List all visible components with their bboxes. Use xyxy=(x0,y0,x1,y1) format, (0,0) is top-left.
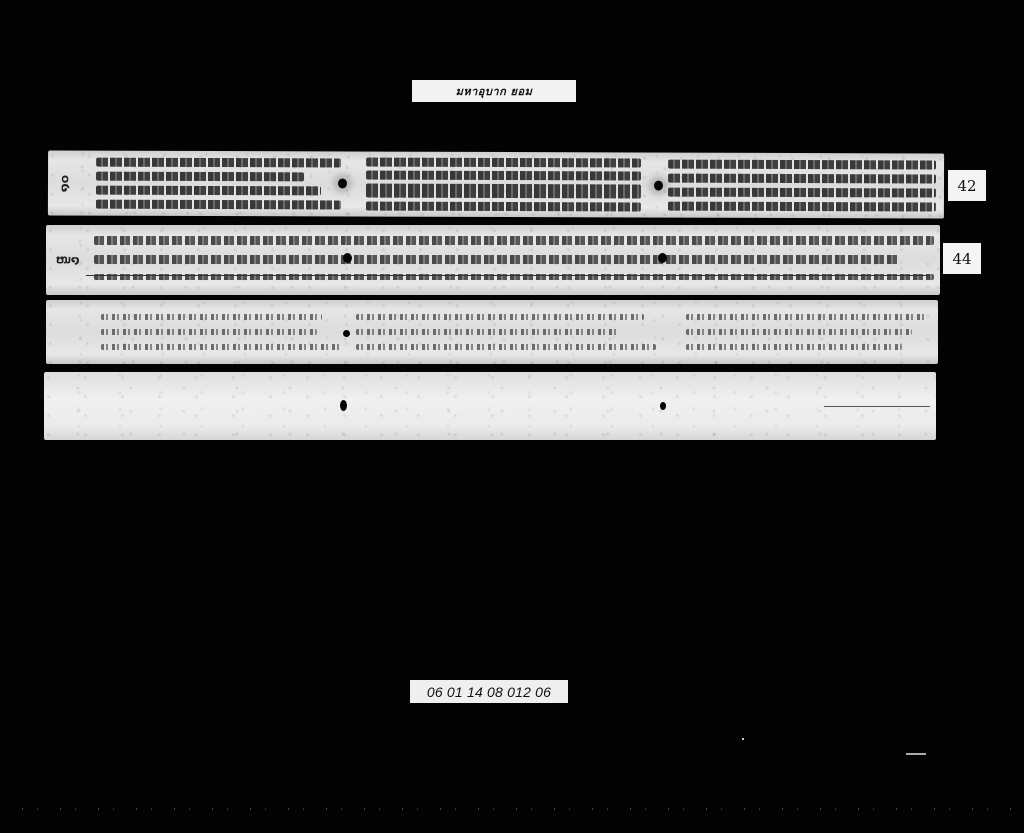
ruled-line xyxy=(86,275,930,276)
script-line xyxy=(356,314,644,320)
palm-leaf-1: ໑໐ xyxy=(48,150,944,218)
script-line xyxy=(94,236,934,245)
script-line xyxy=(96,171,304,181)
leaf-text-left xyxy=(101,310,341,354)
leaf-text xyxy=(94,231,934,285)
film-speck xyxy=(742,738,744,740)
palm-leaf-3 xyxy=(46,300,938,364)
script-line xyxy=(366,184,641,199)
binding-hole xyxy=(654,181,663,191)
binding-hole xyxy=(658,253,667,263)
reference-number-label: 06 01 14 08 012 06 xyxy=(410,680,568,703)
leaf-text-middle xyxy=(356,310,656,354)
leaf-number-tag: 42 xyxy=(948,170,986,201)
script-line xyxy=(366,158,641,168)
script-line xyxy=(668,173,936,183)
script-line xyxy=(101,329,317,335)
script-line xyxy=(101,344,341,350)
leaf-text-right xyxy=(668,157,936,215)
script-line xyxy=(686,344,902,350)
binding-hole xyxy=(343,253,352,263)
script-line xyxy=(96,186,321,196)
leaf-number-tag: 44 xyxy=(943,243,981,274)
script-line xyxy=(668,202,936,212)
palm-leaf-2: ໜ໑ xyxy=(46,225,940,295)
script-line xyxy=(94,255,900,264)
palm-leaf-4-blank xyxy=(44,372,936,440)
leaf-margin-number: ໜ໑ xyxy=(56,254,79,267)
binding-hole xyxy=(660,402,666,410)
script-line xyxy=(686,314,926,320)
script-line xyxy=(96,200,341,210)
script-line xyxy=(101,314,322,320)
leaf-text-left xyxy=(96,155,341,213)
script-line xyxy=(356,344,656,350)
binding-hole xyxy=(340,400,347,411)
script-line xyxy=(668,159,936,169)
script-line xyxy=(366,202,641,212)
script-line xyxy=(96,157,341,167)
microfilm-frame: มหาอุบาก ยอม ໑໐ 42 ໜ໑ xyxy=(0,0,1024,833)
leaf-crack xyxy=(824,406,930,407)
script-line xyxy=(668,188,936,198)
manuscript-title: มหาอุบาก ยอม xyxy=(456,82,533,100)
binding-hole xyxy=(343,330,350,337)
manuscript-title-label: มหาอุบาก ยอม xyxy=(412,80,576,102)
leaf-margin-number: ໑໐ xyxy=(58,174,71,191)
script-line xyxy=(356,329,620,335)
script-line xyxy=(686,329,912,335)
film-speck xyxy=(906,753,926,755)
film-edge-marks xyxy=(0,808,1024,810)
reference-number: 06 01 14 08 012 06 xyxy=(427,684,551,700)
leaf-text-right xyxy=(686,310,926,354)
leaf-text-middle xyxy=(366,156,641,214)
script-line xyxy=(366,171,641,181)
binding-hole xyxy=(338,178,347,188)
